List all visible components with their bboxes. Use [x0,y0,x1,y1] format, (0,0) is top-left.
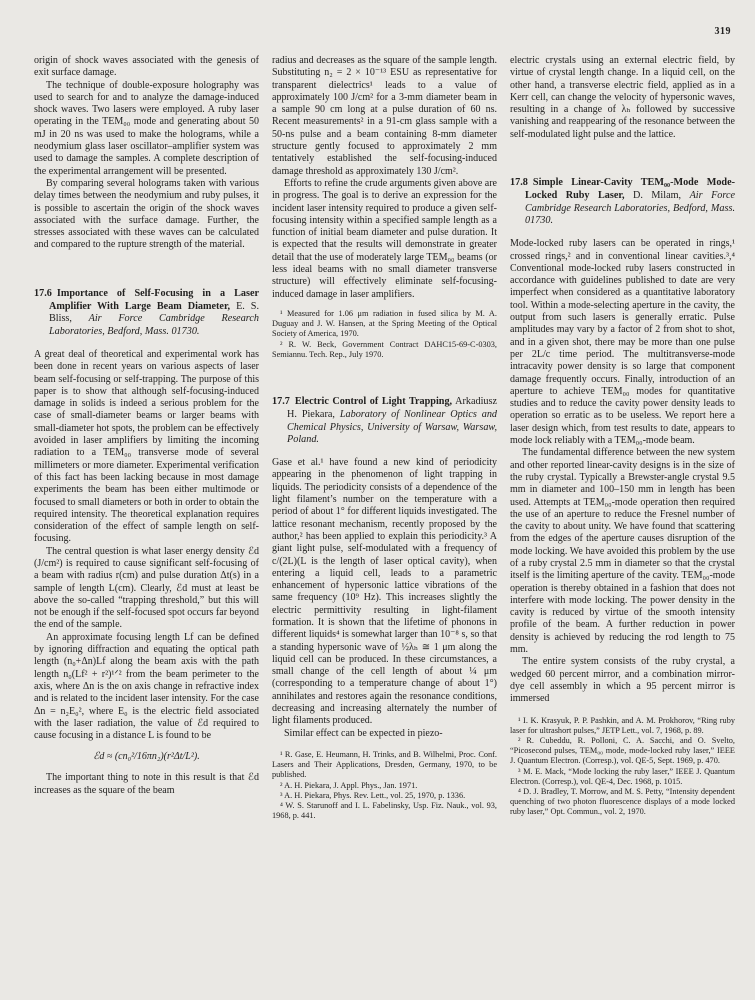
section-heading-17.8: 17.8 Simple Linear-Cavity TEM₀₀-Mode Mod… [510,177,735,228]
footnote: ¹ R. Gase, E. Heumann, H. Trinks, and B.… [272,750,497,781]
paragraph: The fundamental difference between the n… [510,447,735,656]
paragraph: radius and decreases as the square of th… [272,55,497,178]
footnotes-block: ¹ I. K. Krasyuk, P. P. Pashkin, and A. M… [510,716,735,818]
section-title: Electric Control of Light Trapping, [295,396,452,407]
column-right: electric crystals using an external elec… [510,55,735,818]
equation: ℰd ≈ (cn₀²/16πn₂)(r²Δt/L²). [34,751,259,763]
paragraph: Similar effect can be expected in piezo- [272,728,497,740]
section-number-and-title: 17.6 Importance of Self-Focusing in a La… [34,288,259,312]
footnote: ⁴ W. S. Starunoff and I. L. Fabelinsky, … [272,801,497,821]
paragraph: electric crystals using an external elec… [510,55,735,141]
paragraph: By comparing several holograms taken wit… [34,178,259,252]
footnote: ¹ I. K. Krasyuk, P. P. Pashkin, and A. M… [510,716,735,736]
section-heading-17.6: 17.6 Importance of Self-Focusing in a La… [34,288,259,339]
section-title: Importance of Self-Focusing in a Laser A… [49,288,259,312]
paragraph: The technique of double-exposure hologra… [34,80,259,178]
paragraph: A great deal of theoretical and experime… [34,349,259,546]
paragraph: The entire system consists of the ruby c… [510,656,735,705]
section-affiliation: Air Force Cambridge Research Laboratorie… [49,313,259,337]
column-layout: origin of shock waves associated with th… [34,55,735,821]
footnotes-block: ¹ R. Gase, E. Heumann, H. Trinks, and B.… [272,750,497,821]
column-middle: radius and decreases as the square of th… [272,55,497,821]
section-number: 17.8 [510,177,528,188]
paragraph: The important thing to note in this resu… [34,772,259,797]
footnote: ¹ Measured for 1.06 μm radiation in fuse… [272,309,497,340]
paragraph: The central question is what laser energ… [34,546,259,632]
paragraph: Efforts to refine the crude arguments gi… [272,178,497,301]
footnote: ² R. W. Beck, Government Contract DAHC15… [272,340,497,360]
footnote: ³ M. E. Mack, “Mode locking the ruby las… [510,767,735,787]
footnote: ² A. H. Piekara, J. Appl. Phys., Jan. 19… [272,781,497,791]
paragraph: origin of shock waves associated with th… [34,55,259,80]
section-number-and-title: 17.7 Electric Control of Light Trapping, [272,396,452,407]
page-number: 319 [715,26,732,37]
paragraph: An approximate focusing length Lf can be… [34,632,259,743]
footnote: ⁴ D. J. Bradley, T. Morrow, and M. S. Pe… [510,787,735,818]
scanned-paper-page: 319 origin of shock waves associated wit… [0,0,755,1000]
section-number: 17.6 [34,288,52,299]
section-heading-17.7: 17.7 Electric Control of Light Trapping,… [272,396,497,447]
section-number: 17.7 [272,396,290,407]
section-author: D. Milam, [633,190,681,201]
paragraph: Mode-locked ruby lasers can be operated … [510,238,735,447]
column-left: origin of shock waves associated with th… [34,55,259,797]
footnote: ³ A. H. Piekara, Phys. Rev. Lett., vol. … [272,791,497,801]
footnote: ² R. Cubeddu, R. Polloni, C. A. Sacchi, … [510,736,735,767]
footnotes-block: ¹ Measured for 1.06 μm radiation in fuse… [272,309,497,360]
paragraph: Gase et al.¹ have found a new kind of pe… [272,457,497,728]
